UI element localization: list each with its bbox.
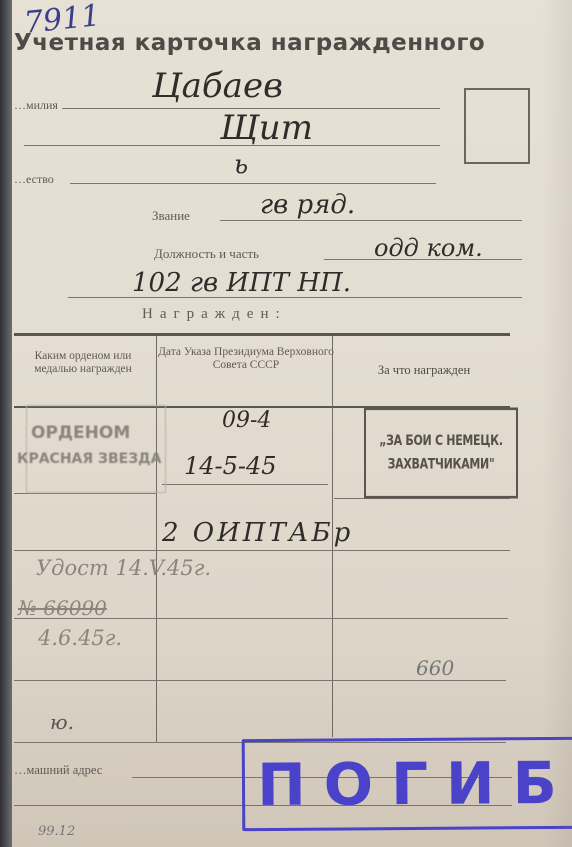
home-address-label: …машний адрес	[14, 763, 102, 778]
column-header-award: Каким орденом или медалью награжден	[12, 350, 154, 376]
died-stamp: ПОГИБ	[242, 737, 572, 831]
photo-box	[464, 88, 530, 164]
order-stamp: ОРДЕНОМ КРАСНАЯ ЗВЕЗДА	[26, 405, 166, 493]
pencil-note-line1: Удост 14.V.45г.	[36, 556, 211, 580]
reason-stamp-line1: „ЗА БОИ С НЕМЕЦК.	[379, 430, 503, 453]
patronymic-line	[70, 183, 436, 184]
rank-label: Звание	[152, 208, 190, 224]
reason-stamp-line2: ЗАХВАТЧИКАМИ"	[388, 453, 495, 476]
column-header-decree-date: Дата Указа Президиума Верховного Совета …	[156, 346, 336, 372]
order-stamp-line2: КРАСНАЯ ЗВЕЗДА	[17, 446, 165, 472]
order-stamp-line1: ОРДЕНОМ	[31, 420, 165, 446]
row-line-d	[14, 680, 506, 681]
column-divider-1	[156, 335, 157, 743]
pencil-note-line2: № 66090	[18, 596, 107, 620]
footer-number: 99.12	[38, 824, 75, 839]
issuing-unit: 2 ОИПТАБр	[162, 518, 353, 548]
pencil-note-line3: 4.6.45г.	[38, 626, 122, 650]
row-mark: ю.	[50, 710, 74, 734]
position-label: Должность и часть	[154, 246, 259, 262]
table-top-border	[14, 333, 510, 336]
decree-date-line2: 14-5-45	[184, 452, 277, 480]
row-line-col2-a	[162, 484, 328, 485]
column-header-reason: За что награжден	[336, 364, 512, 377]
decree-date-line1: 09-4	[222, 408, 271, 433]
position-line-2	[68, 297, 522, 298]
position-value-line1: одд ком.	[374, 234, 483, 262]
surname-value: Цабаев	[152, 66, 283, 106]
card-title: Учетная карточка награжденного	[14, 30, 485, 56]
rank-line	[220, 220, 522, 221]
row-line-b	[14, 550, 510, 551]
reason-stamp: „ЗА БОИ С НЕМЕЦК. ЗАХВАТЧИКАМИ"	[364, 408, 518, 499]
patronymic-label: …ество	[14, 172, 54, 187]
awarded-header: Награжден:	[142, 306, 287, 323]
award-record-card: 7911 Учетная карточка награжденного …мил…	[12, 0, 572, 847]
row-line-col1-a	[14, 493, 156, 494]
pencil-mark: 660	[416, 656, 454, 680]
rank-value: гв ряд.	[260, 190, 355, 220]
surname-label: …милия	[14, 98, 58, 113]
name-value: Щит	[220, 108, 313, 148]
patronymic-value: ь	[234, 150, 248, 180]
position-value-line2: 102 гв ИПТ НП.	[132, 268, 351, 298]
